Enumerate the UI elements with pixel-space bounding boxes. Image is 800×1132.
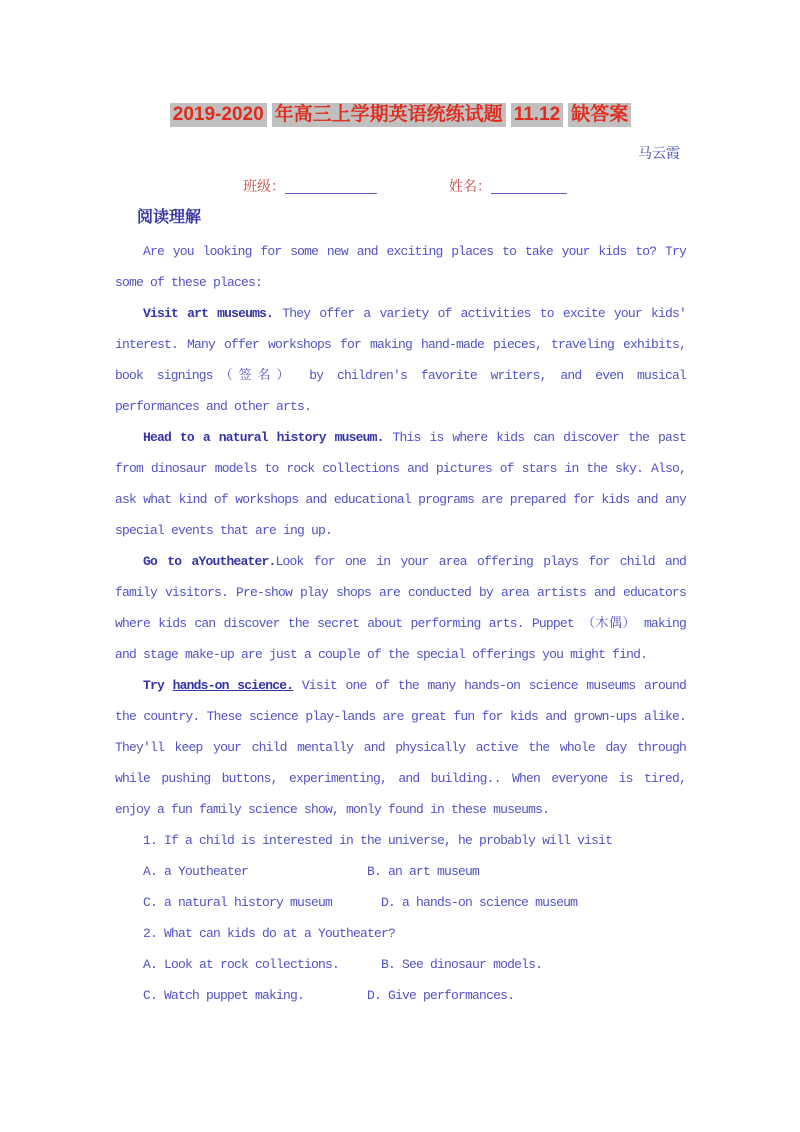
paragraph-lead-underlined: hands-on science. [173,678,294,693]
paragraph-lead: Visit art museums. [143,306,273,321]
question-line: 1. If a child is interested in the unive… [115,825,686,856]
name-label: 姓名： [449,180,491,196]
paragraph-lead: Try [143,678,173,693]
paragraph-lead: Head to a natural history museum. [143,430,384,445]
class-blank-line [285,181,377,194]
title-segment: 2019-2020 [170,103,267,127]
passage-paragraph: Try hands-on science. Visit one of the m… [115,670,686,825]
author-name: 马云霞 [115,147,680,163]
question-options-line: C. Watch puppet making. D. Give performa… [115,980,686,1011]
reading-passage: Are you looking for some new and excitin… [115,236,686,825]
student-info-line: 班级：姓名： [115,178,686,198]
title-segment: 11.12 [511,103,564,127]
question-options-line: A. Look at rock collections. B. See dino… [115,949,686,980]
passage-paragraph: Visit art museums. They offer a variety … [115,298,686,422]
paragraph-text: Visit one of the many hands-on science m… [115,678,686,817]
passage-paragraph: Head to a natural history museum. This i… [115,422,686,546]
questions: 1. If a child is interested in the unive… [115,825,686,1011]
class-label: 班级： [243,180,285,196]
section-heading: 阅读理解 [115,210,686,226]
paragraph-text: They offer a variety of activities to ex… [115,306,686,414]
passage-paragraph: Go to aYoutheater.Look for one in your a… [115,546,686,670]
question-line: 2. What can kids do at a Youtheater? [115,918,686,949]
question-options-line: C. a natural history museum D. a hands-o… [115,887,686,918]
title-segment: 缺答案 [568,103,631,127]
passage-paragraph: Are you looking for some new and excitin… [115,236,686,298]
paragraph-text: This is where kids can discover the past… [115,430,686,538]
question-options-line: A. a Youtheater B. an art museum [115,856,686,887]
paragraph-text: Look for one in your area offering plays… [115,554,686,662]
paragraph-lead: Go to aYoutheater. [143,554,276,569]
paragraph-text: Are you looking for some new and excitin… [115,244,686,290]
title-segment: 年高三上学期英语统练试题 [272,103,506,127]
document-title: 2019-2020年高三上学期英语统练试题11.12缺答案 [115,103,686,127]
name-blank-line [491,181,567,194]
document-page: 2019-2020年高三上学期英语统练试题11.12缺答案 马云霞 班级：姓名：… [0,0,800,1011]
